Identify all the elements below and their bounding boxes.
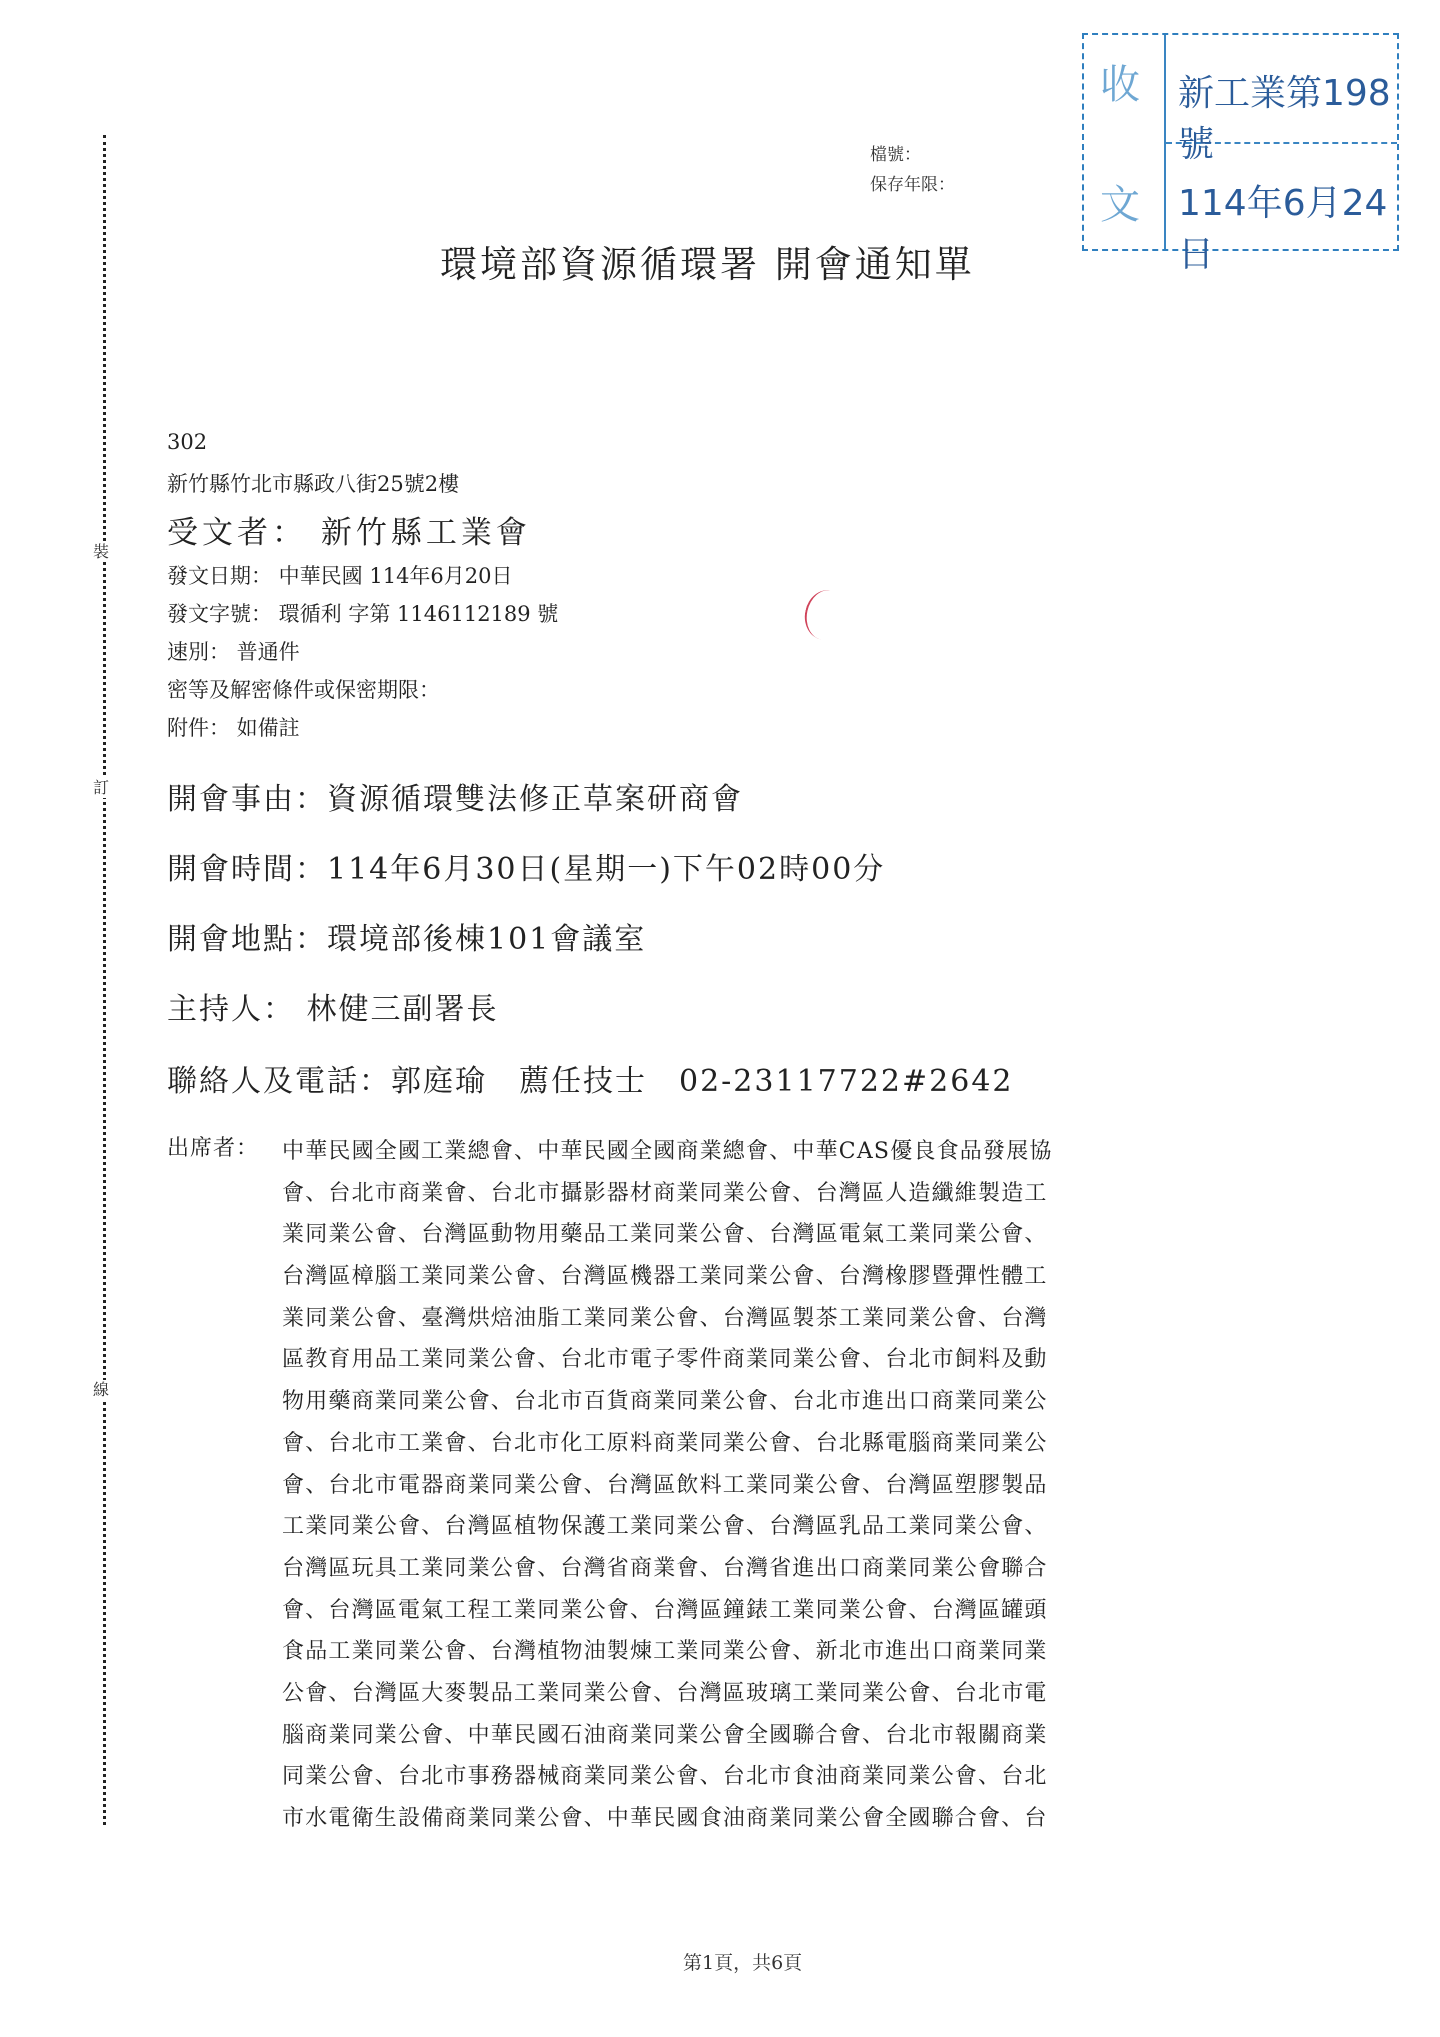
red-pen-mark <box>800 586 851 644</box>
binding-line <box>103 135 106 1825</box>
attendees-line: 業同業公會、臺灣烘焙油脂工業同業公會、台灣區製茶工業同業公會、台灣 <box>282 1298 1242 1340</box>
contact-info: 聯絡人及電話：郭庭瑜 薦任技士 02-23117722#2642 <box>167 1056 1014 1100</box>
attendees-line: 工業同業公會、台灣區植物保護工業同業公會、台灣區乳品工業同業公會、 <box>282 1506 1242 1548</box>
stamp-char-shou: 收 <box>1100 53 1140 110</box>
meeting-chair: 主持人： 林健三副署長 <box>167 984 499 1028</box>
retention-label: 保存年限： <box>870 170 955 195</box>
attendees-line: 腦商業同業公會、中華民國石油商業同業公會全國聯合會、台北市報關商業 <box>282 1715 1242 1757</box>
attachment: 附件： 如備註 <box>167 712 300 742</box>
meeting-time: 開會時間：114年6月30日(星期一)下午02時00分 <box>167 844 885 888</box>
receipt-stamp: 收 文 新工業第198號 114年6月24日 <box>1082 33 1399 251</box>
attendees-line: 區教育用品工業同業公會、台北市電子零件商業同業公會、台北市飼料及動 <box>282 1339 1242 1381</box>
attendees-line: 食品工業同業公會、台灣植物油製煉工業同業公會、新北市進出口商業同業 <box>282 1631 1242 1673</box>
binding-char-zhuang: 裝 <box>93 542 109 562</box>
meeting-subject: 開會事由：資源循環雙法修正草案研商會 <box>167 774 743 818</box>
meeting-place: 開會地點：環境部後棟101會議室 <box>167 914 646 958</box>
attendees-line: 會、台北市商業會、台北市攝影器材商業同業公會、台灣區人造纖維製造工 <box>282 1173 1242 1215</box>
file-number-label: 檔號： <box>870 140 921 165</box>
issue-date: 發文日期： 中華民國 114年6月20日 <box>167 560 513 590</box>
issue-number: 發文字號： 環循利 字第 1146112189 號 <box>167 598 558 628</box>
attendees-line: 市水電衛生設備商業同業公會、中華民國食油商業同業公會全國聯合會、台 <box>282 1798 1242 1840</box>
document-title: 環境部資源循環署 開會通知單 <box>440 234 975 288</box>
binding-char-xian: 線 <box>93 1380 109 1400</box>
stamp-receipt-date: 114年6月24日 <box>1178 175 1397 277</box>
stamp-char-wen: 文 <box>1100 173 1140 230</box>
attendees-line: 公會、台灣區大麥製品工業同業公會、台灣區玻璃工業同業公會、台北市電 <box>282 1673 1242 1715</box>
recipient: 受文者： 新竹縣工業會 <box>167 507 531 552</box>
attendees-line: 台灣區樟腦工業同業公會、台灣區機器工業同業公會、台灣橡膠暨彈性體工 <box>282 1256 1242 1298</box>
postal-code: 302 <box>167 430 207 454</box>
attendees-line: 台灣區玩具工業同業公會、台灣省商業會、台灣省進出口商業同業公會聯合 <box>282 1548 1242 1590</box>
address: 新竹縣竹北市縣政八街25號2樓 <box>167 468 459 498</box>
attendees-line: 業同業公會、台灣區動物用藥品工業同業公會、台灣區電氣工業同業公會、 <box>282 1214 1242 1256</box>
attendees-line: 會、台灣區電氣工程工業同業公會、台灣區鐘錶工業同業公會、台灣區罐頭 <box>282 1590 1242 1632</box>
binding-char-ding: 訂 <box>93 778 109 798</box>
attendees-line: 中華民國全國工業總會、中華民國全國商業總會、中華CAS優良食品發展協 <box>282 1131 1242 1173</box>
attendees-line: 會、台北市工業會、台北市化工原料商業同業公會、台北縣電腦商業同業公 <box>282 1423 1242 1465</box>
attendees-line: 會、台北市電器商業同業公會、台灣區飲料工業同業公會、台灣區塑膠製品 <box>282 1465 1242 1507</box>
speed-class: 速別： 普通件 <box>167 636 300 666</box>
attendees-line: 物用藥商業同業公會、台北市百貨商業同業公會、台北市進出口商業同業公 <box>282 1381 1242 1423</box>
stamp-receipt-number: 新工業第198號 <box>1178 65 1397 167</box>
page-number: 第1頁，共6頁 <box>683 1948 802 1975</box>
attendees-list: 中華民國全國工業總會、中華民國全國商業總會、中華CAS優良食品發展協 會、台北市… <box>282 1131 1242 1840</box>
classification: 密等及解密條件或保密期限： <box>167 674 440 704</box>
attendees-line: 同業公會、台北市事務器械商業同業公會、台北市食油商業同業公會、台北 <box>282 1756 1242 1798</box>
attendees-label: 出席者： <box>167 1131 259 1162</box>
